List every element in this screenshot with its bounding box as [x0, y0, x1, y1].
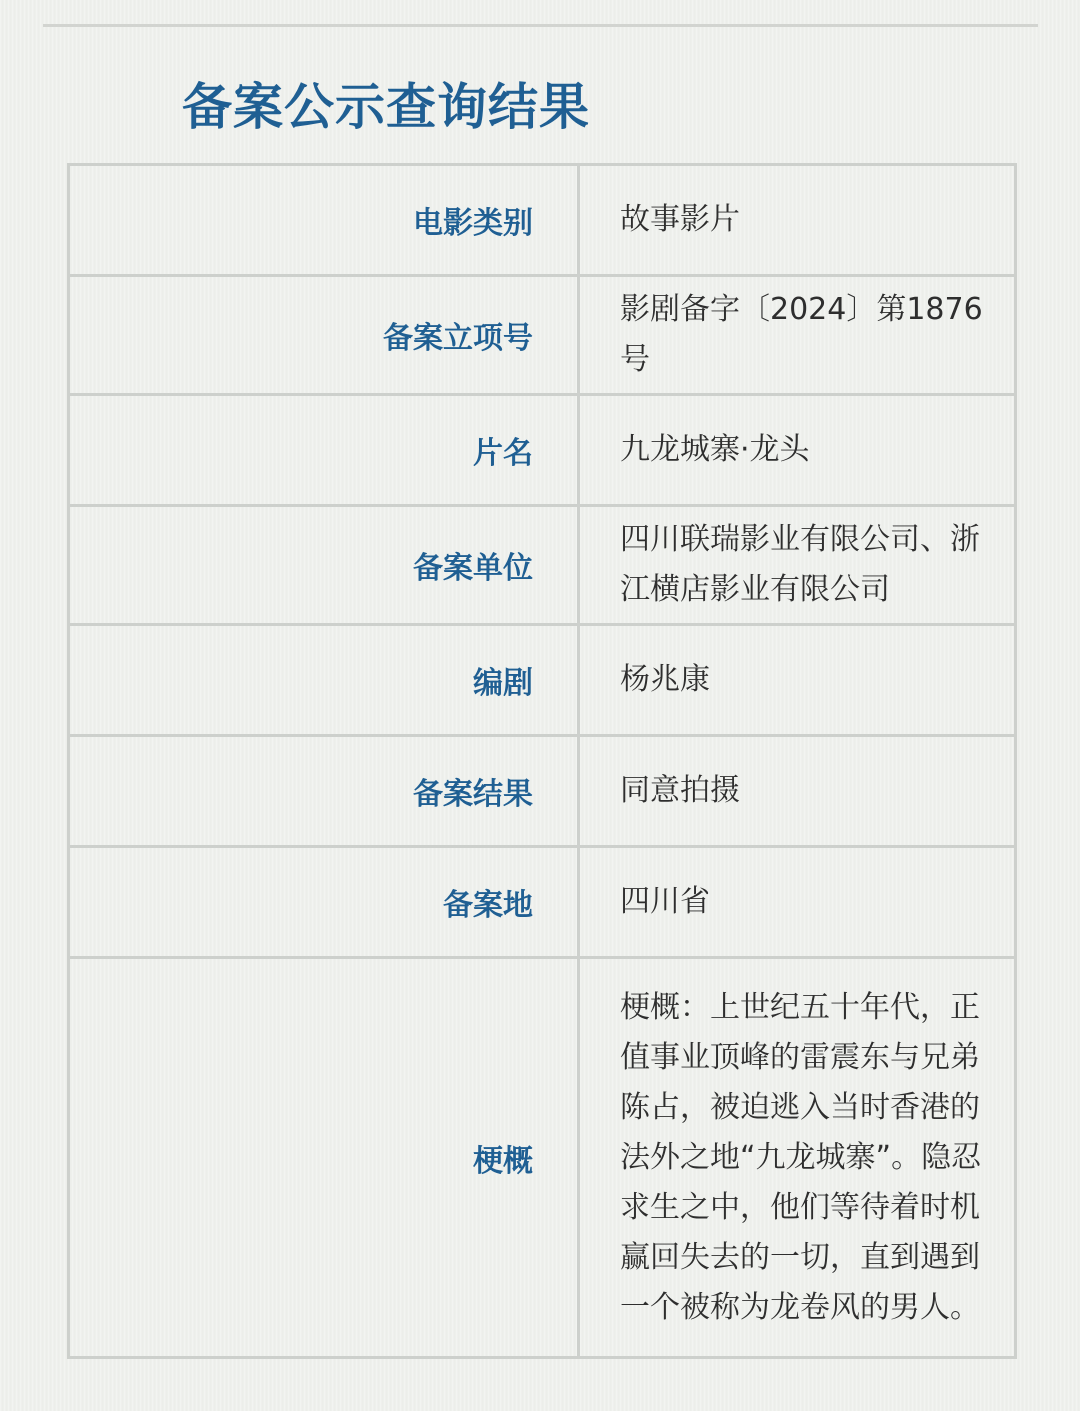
table-row-filing-number: 备案立项号 影剧备字〔2024〕第1876号	[69, 276, 1016, 395]
label-synopsis: 梗概	[69, 958, 579, 1358]
value-synopsis: 梗概：上世纪五十年代，正值事业顶峰的雷震东与兄弟陈占，被迫逃入当时香港的法外之地…	[579, 958, 1016, 1358]
page-title: 备案公示查询结果	[182, 72, 590, 142]
value-film-title: 九龙城寨·龙头	[579, 395, 1016, 506]
value-filing-result: 同意拍摄	[579, 736, 1016, 847]
table-row-film-title: 片名 九龙城寨·龙头	[69, 395, 1016, 506]
value-filing-number: 影剧备字〔2024〕第1876号	[579, 276, 1016, 395]
table-row-filing-result: 备案结果 同意拍摄	[69, 736, 1016, 847]
table-row-filing-location: 备案地 四川省	[69, 847, 1016, 958]
label-filing-number: 备案立项号	[69, 276, 579, 395]
label-filing-location: 备案地	[69, 847, 579, 958]
label-filing-company: 备案单位	[69, 506, 579, 625]
table-row-filing-company: 备案单位 四川联瑞影业有限公司、浙江横店影业有限公司	[69, 506, 1016, 625]
value-screenwriter: 杨兆康	[579, 625, 1016, 736]
value-film-category: 故事影片	[579, 165, 1016, 276]
table-row-synopsis: 梗概 梗概：上世纪五十年代，正值事业顶峰的雷震东与兄弟陈占，被迫逃入当时香港的法…	[69, 958, 1016, 1358]
label-filing-result: 备案结果	[69, 736, 579, 847]
value-filing-location: 四川省	[579, 847, 1016, 958]
label-film-title: 片名	[69, 395, 579, 506]
table-row-film-category: 电影类别 故事影片	[69, 165, 1016, 276]
label-screenwriter: 编剧	[69, 625, 579, 736]
top-divider	[43, 24, 1038, 27]
value-filing-company: 四川联瑞影业有限公司、浙江横店影业有限公司	[579, 506, 1016, 625]
filing-result-table: 电影类别 故事影片 备案立项号 影剧备字〔2024〕第1876号 片名 九龙城寨…	[67, 163, 1017, 1359]
table-row-screenwriter: 编剧 杨兆康	[69, 625, 1016, 736]
label-film-category: 电影类别	[69, 165, 579, 276]
